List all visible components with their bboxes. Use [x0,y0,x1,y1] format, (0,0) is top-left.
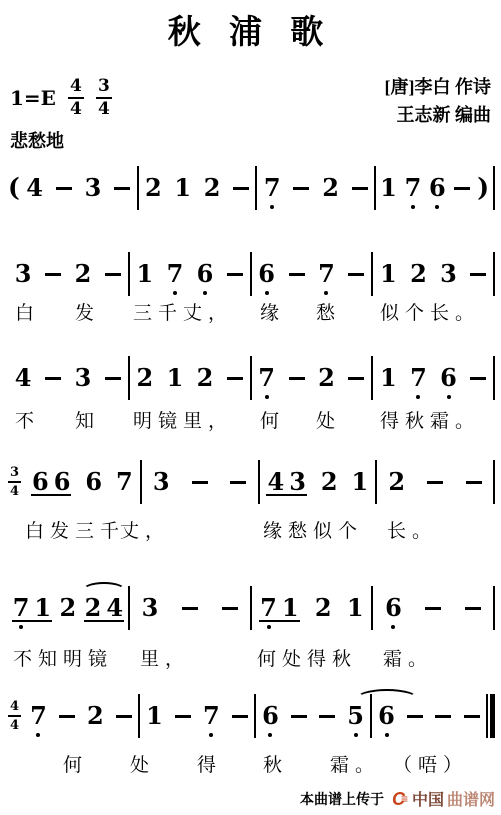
note: 6 [385,595,402,621]
note-numeral: 2 [85,595,102,621]
lyric-syllable: 不 [15,406,40,433]
note-numeral: 7 [264,175,281,201]
note-numeral: 6 [54,469,71,495]
note-numeral: 7 [203,703,220,729]
measure: 65 [256,703,370,729]
barline [493,460,495,504]
note-numeral: 6 [440,365,457,391]
duration-dash [352,187,368,190]
lyrics-row: 不知明镜里，何处得秋霜。 [8,644,495,672]
note: 6 [262,703,279,729]
note-numeral: 1 [352,469,369,495]
note-numeral: 2 [388,469,405,495]
lyric-syllable: 秋 [263,750,288,777]
note-numeral: 7 [318,261,335,287]
note-numeral: 3 [85,175,102,201]
barline [493,252,495,296]
time-signature-top: 4 [70,78,82,95]
upload-note: 本曲谱上传于 [300,789,384,809]
measure: 67 [252,261,372,287]
note-numeral: 6 [197,261,214,287]
notes-row: 71224371216 [8,586,495,630]
note: 2 [197,365,214,391]
site-logo: C ≡ 中国 曲谱网 [392,787,495,810]
note: 6 [32,469,49,495]
note-numeral: 6 [429,175,446,201]
note-numeral: 7 [116,469,133,495]
score-line-2: 3217667123白发三千丈，缘愁似个长。 [8,252,495,296]
note-numeral: 6 [258,261,275,287]
beamed-notes: 71 [259,595,299,621]
time-signature-rule [8,715,21,717]
measure: 32 [8,261,128,287]
note: 1 [136,261,153,287]
note-numeral: 4 [267,469,284,495]
notes-row: 346667343212 [8,460,495,504]
note-numeral: 2 [136,365,153,391]
note: 2 [204,175,221,201]
note-numeral: 3 [75,365,92,391]
note: 4 [106,595,123,621]
note-numeral: 1 [34,595,51,621]
time-signature-rule [8,481,21,483]
note: 7 [260,595,277,621]
score-line-3: 4321272176不知明镜里，何处得秋霜。 [8,356,495,400]
notes-row: 4321272176 [8,356,495,400]
measure: 6667 [24,469,140,495]
score-line-6: 447217656何处得秋霜。（唔） [8,694,495,738]
duration-dash [233,187,249,190]
notes-row: (4321272176) [8,166,495,210]
barline [490,694,495,738]
note: 3 [75,365,92,391]
footer-watermark: 本曲谱上传于 C ≡ 中国 曲谱网 [300,787,495,810]
note: 1 [146,703,163,729]
note: 6 [258,261,275,287]
note-numeral: 2 [204,175,221,201]
note: 1 [282,595,299,621]
note: 7 [405,175,422,201]
note-numeral: 2 [315,595,332,621]
note-numeral: 6 [385,595,402,621]
beamed-notes: 43 [266,469,306,495]
duration-dash [293,187,309,190]
note-numeral: 7 [260,595,277,621]
lyric-syllable: 发 [75,298,100,325]
barline [493,586,495,630]
note-numeral: 3 [153,469,170,495]
barline [493,166,495,210]
note-numeral: 1 [380,261,397,287]
note: 2 [85,595,102,621]
note-numeral: 2 [197,365,214,391]
time-signature: 44 [68,78,84,118]
time-signature-bottom: 4 [98,101,110,118]
note: 1 [34,595,51,621]
note: 6 [197,261,214,287]
duration-dash [105,377,121,380]
note: 7 [203,703,220,729]
duration-dash [227,273,243,276]
note: 1 [167,365,184,391]
note-numeral: 2 [145,175,162,201]
measure: 3 [130,595,250,621]
logo-lines-icon: ≡ [401,792,408,806]
note-numeral: 6 [85,469,102,495]
note-numeral: 2 [87,703,104,729]
credits: [唐]李白 作诗 王志新 编曲 [385,74,492,130]
note: 7 [167,261,184,287]
note-numeral: 4 [106,595,123,621]
duration-dash [289,273,305,276]
lyric-syllable: 三千丈， [133,298,233,325]
note: 4 [267,469,284,495]
duration-dash [427,481,443,484]
note: 5 [347,703,364,729]
note-numeral: 1 [174,175,191,201]
key-signature-row: 1=E 4434 [10,78,115,118]
lyric-syllable: 似个长。 [380,298,480,325]
lyric-syllable: 丈， [120,516,170,543]
lyric-syllable: 霜。 [383,644,433,671]
duration-dash [348,377,364,380]
lyric-syllable: 何 [63,750,88,777]
score-line-4: 346667343212白发三千丈，缘愁似个长。 [8,460,495,504]
measure: 72 [252,365,372,391]
credit-composer: 王志新 编曲 [385,102,492,130]
measure: 3 [142,469,258,495]
note: 1 [174,175,191,201]
note: 1 [352,469,369,495]
time-signature-top: 3 [98,78,110,95]
note: 2 [318,365,335,391]
measure: 43 [8,365,128,391]
lyric-syllable: 白发三千 [25,516,125,543]
note: 2 [388,469,405,495]
lyric-syllable: 里， [140,644,190,671]
notes-row: 447217656 [8,694,495,738]
measure: 6 [373,595,493,621]
lyric-syllable: 愁 [316,298,341,325]
note-numeral: 3 [15,261,32,287]
time-signature-bottom: 4 [70,101,82,118]
note: 6 [429,175,446,201]
note-numeral: 3 [289,469,306,495]
measure: 71224 [8,595,128,621]
duration-dash [454,187,470,190]
lyric-syllable: 处 [316,406,341,433]
song-title: 秋 浦 歌 [0,6,501,53]
duration-dash [222,607,238,610]
note-numeral: 2 [321,469,338,495]
time-signatures: 4434 [68,78,115,118]
lyric-syllable: 何 [260,406,285,433]
note-numeral: 7 [258,365,275,391]
note: 7 [264,175,281,201]
duration-dash [45,273,61,276]
note: 7 [410,365,427,391]
lyrics-row: 不知明镜里，何处得秋霜。 [8,406,495,434]
notes-row: 3217667123 [8,252,495,296]
duration-dash [56,187,72,190]
note: 2 [75,261,92,287]
duration-dash [230,481,246,484]
note: 2 [410,261,427,287]
note: 2 [315,595,332,621]
measure: 17 [140,703,254,729]
note: 1 [347,595,364,621]
lyric-syllable: 得秋霜。 [380,406,480,433]
lyrics-row: 白发三千丈，缘愁似个长。 [8,516,495,544]
note-numeral: 2 [410,261,427,287]
beamed-notes: 66 [31,469,71,495]
measure: 176 [130,261,250,287]
duration-dash [175,715,191,718]
lyric-syllable: 长。 [387,516,437,543]
measure: 7121 [252,595,372,621]
note: 2 [321,469,338,495]
duration-dash [348,273,364,276]
note: 7 [13,595,30,621]
duration-dash [59,715,75,718]
note: 1 [380,175,397,201]
logo-text-zhongguo: 中国 [412,787,444,810]
note-numeral: 5 [347,703,364,729]
time-signature: 34 [8,466,21,498]
lyrics-row: 白发三千丈，缘愁似个长。 [8,298,495,326]
note: 1 [380,365,397,391]
score-line-5: 71224371216不知明镜里，何处得秋霜。 [8,586,495,630]
time-signature-bottom: 4 [10,485,19,498]
note: 3 [85,175,102,201]
note-numeral: 3 [142,595,159,621]
note-numeral: 6 [32,469,49,495]
note-numeral: 1 [146,703,163,729]
note-numeral: 6 [262,703,279,729]
lyric-syllable: 白 [15,298,40,325]
measure: 176 [373,365,493,391]
measure: 72 [257,175,374,201]
duration-dash [464,715,480,718]
lyric-syllable: 何处得秋 [257,644,357,671]
duration-dash [192,481,208,484]
duration-dash [407,715,423,718]
note-numeral: 7 [30,703,47,729]
duration-dash [105,273,121,276]
lyric-syllable: 明镜里， [133,406,233,433]
lyric-syllable: 知 [75,406,100,433]
duration-dash [435,715,451,718]
note-numeral: 2 [75,261,92,287]
tempo-marking: 悲愁地 [10,127,64,153]
logo-text-qupuwang: 曲谱网 [447,787,495,810]
note: 2 [322,175,339,201]
measure: 212 [130,365,250,391]
duration-dash [466,481,482,484]
duration-dash [291,715,307,718]
duration-dash [116,715,132,718]
duration-dash [289,377,305,380]
note-numeral: 7 [167,261,184,287]
note: 4 [26,175,43,201]
duration-dash [470,273,486,276]
duration-dash [114,187,130,190]
note-numeral: 7 [410,365,427,391]
beamed-notes: 71 [12,595,52,621]
parenthesis: ( [8,175,20,201]
note-numeral: 4 [15,365,32,391]
parenthesis: ) [477,175,489,201]
note: 3 [142,595,159,621]
note: 3 [153,469,170,495]
note: 3 [289,469,306,495]
note-numeral: 1 [167,365,184,391]
note: 7 [116,469,133,495]
lyric-syllable: （唔） [393,750,468,777]
duration-dash [470,377,486,380]
time-signature-top: 4 [10,700,19,713]
note: 6 [440,365,457,391]
note-numeral: 1 [380,365,397,391]
barline [493,356,495,400]
note: 2 [136,365,153,391]
note: 6 [54,469,71,495]
barline [486,694,488,738]
note: 3 [15,261,32,287]
note: 7 [318,261,335,287]
note: 4 [15,365,32,391]
note: 6 [85,469,102,495]
note: 2 [60,595,77,621]
note-numeral: 7 [405,175,422,201]
note-numeral: 2 [318,365,335,391]
score-line-1: (4321272176) [8,166,495,210]
note: 3 [440,261,457,287]
duration-dash [45,377,61,380]
lyric-syllable: 缘 [260,298,285,325]
note-numeral: 3 [440,261,457,287]
measure: 43 [20,175,137,201]
duration-dash [465,607,481,610]
time-signature-bottom: 4 [10,719,19,732]
measure: 2 [377,469,493,495]
note-numeral: 7 [13,595,30,621]
note-numeral: 2 [60,595,77,621]
note-numeral: 4 [26,175,43,201]
lyric-syllable: 得 [197,750,222,777]
note-numeral: 1 [380,175,397,201]
note: 7 [30,703,47,729]
time-signature: 34 [96,78,112,118]
note: 1 [380,261,397,287]
note-numeral: 1 [347,595,364,621]
time-signature-top: 3 [10,466,19,479]
measure: 4321 [260,469,376,495]
measure: 176) [376,175,493,201]
duration-dash [182,607,198,610]
lyric-syllable: 霜。 [330,750,380,777]
key-label: 1=E [10,86,56,110]
duration-dash [227,377,243,380]
lyric-syllable: 不知明镜 [13,644,113,671]
note-numeral: 1 [136,261,153,287]
lyric-syllable: 处 [130,750,155,777]
duration-dash [319,715,335,718]
measure: 72 [24,703,138,729]
note-numeral: 1 [282,595,299,621]
time-signature: 44 [8,700,21,732]
note: 2 [145,175,162,201]
duration-dash [232,715,248,718]
note: 7 [258,365,275,391]
beamed-notes-slur: 24 [84,595,124,621]
credit-poet: [唐]李白 作诗 [385,74,492,102]
note-numeral: 2 [322,175,339,201]
duration-dash [425,607,441,610]
final-barline [486,694,495,738]
lyric-syllable: 缘愁似个 [263,516,363,543]
measure: 212 [139,175,256,201]
note: 2 [87,703,104,729]
measure: 123 [373,261,493,287]
lyrics-row: 何处得秋霜。（唔） [8,750,495,778]
